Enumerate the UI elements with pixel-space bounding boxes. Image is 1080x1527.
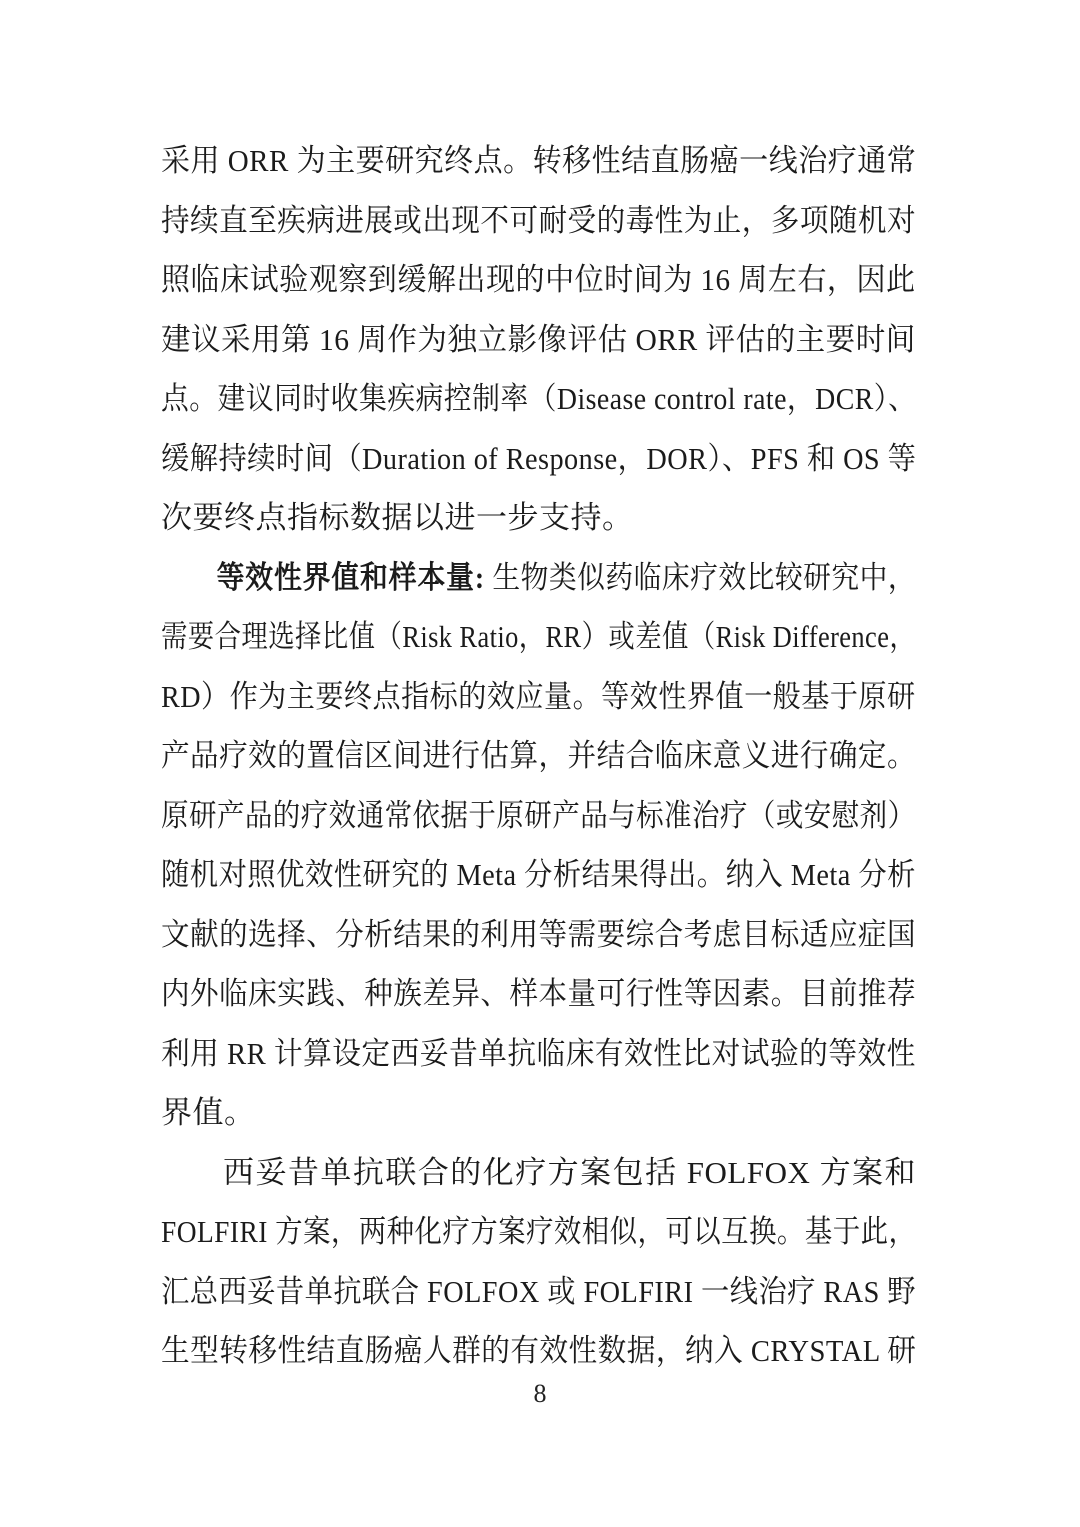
text-line: 次要终点指标数据以进一步支持。: [161, 488, 916, 548]
text-line: 等效性界值和样本量: 生物类似药临床疗效比较研究中，: [161, 548, 838, 608]
document-page: 采用 ORR 为主要研究终点。转移性结直肠癌一线治疗通常 持续直至疾病进展或出现…: [0, 0, 1080, 1527]
text-block: 采用 ORR 为主要研究终点。转移性结直肠癌一线治疗通常 持续直至疾病进展或出现…: [161, 131, 916, 1381]
text-line: 原研产品的疗效通常依据于原研产品与标准治疗（或安慰剂）: [161, 786, 831, 846]
page-number: 8: [534, 1379, 547, 1408]
text-line: 汇总西妥昔单抗联合 FOLFOX 或 FOLFIRI 一线治疗 RAS 野: [161, 1262, 849, 1322]
text-line: 持续直至疾病进展或出现不可耐受的毒性为止，多项随机对: [161, 191, 857, 251]
text-line: 界值。: [161, 1083, 916, 1143]
text-line: 建议采用第 16 周作为独立影像评估 ORR 评估的主要时间: [161, 310, 881, 370]
text-line: FOLFIRI 方案，两种化疗方案疗效相似，可以互换。基于此，: [161, 1202, 829, 1262]
text-line: 需要合理选择比值（Risk Ratio，RR）或差值（Risk Differen…: [161, 607, 804, 667]
text-line: 利用 RR 计算设定西妥昔单抗临床有效性比对试验的等效性: [161, 1024, 860, 1084]
text-line: 西妥昔单抗联合的化疗方案包括 FOLFOX 方案和: [161, 1143, 916, 1203]
text-line: 随机对照优效性研究的 Meta 分析结果得出。纳入 Meta 分析: [161, 845, 851, 905]
text-line: 点。建议同时收集疾病控制率（Disease control rate，DCR）、: [161, 369, 839, 429]
text-line: 文献的选择、分析结果的利用等需要综合考虑目标适应症国: [161, 905, 857, 965]
text-line: 采用 ORR 为主要研究终点。转移性结直肠癌一线治疗通常: [161, 131, 868, 191]
text-line: 产品疗效的置信区间进行估算，并结合临床意义进行确定。: [161, 726, 857, 786]
page-footer: 8: [0, 1378, 1080, 1410]
section-heading-rest: 生物类似药临床疗效比较研究中，: [485, 560, 916, 595]
text-line: 照临床试验观察到缓解出现的中位时间为 16 周左右，因此: [161, 250, 869, 310]
text-line: 内外临床实践、种族差异、样本量可行性等因素。目前推荐: [161, 964, 857, 1024]
text-line: RD）作为主要终点指标的效应量。等效性界值一般基于原研: [161, 667, 846, 727]
text-line: 缓解持续时间（Duration of Response，DOR）、PFS 和 O…: [161, 429, 849, 489]
section-heading: 等效性界值和样本量:: [217, 560, 485, 595]
text-line: 生型转移性结直肠癌人群的有效性数据，纳入 CRYSTAL 研: [161, 1321, 859, 1381]
